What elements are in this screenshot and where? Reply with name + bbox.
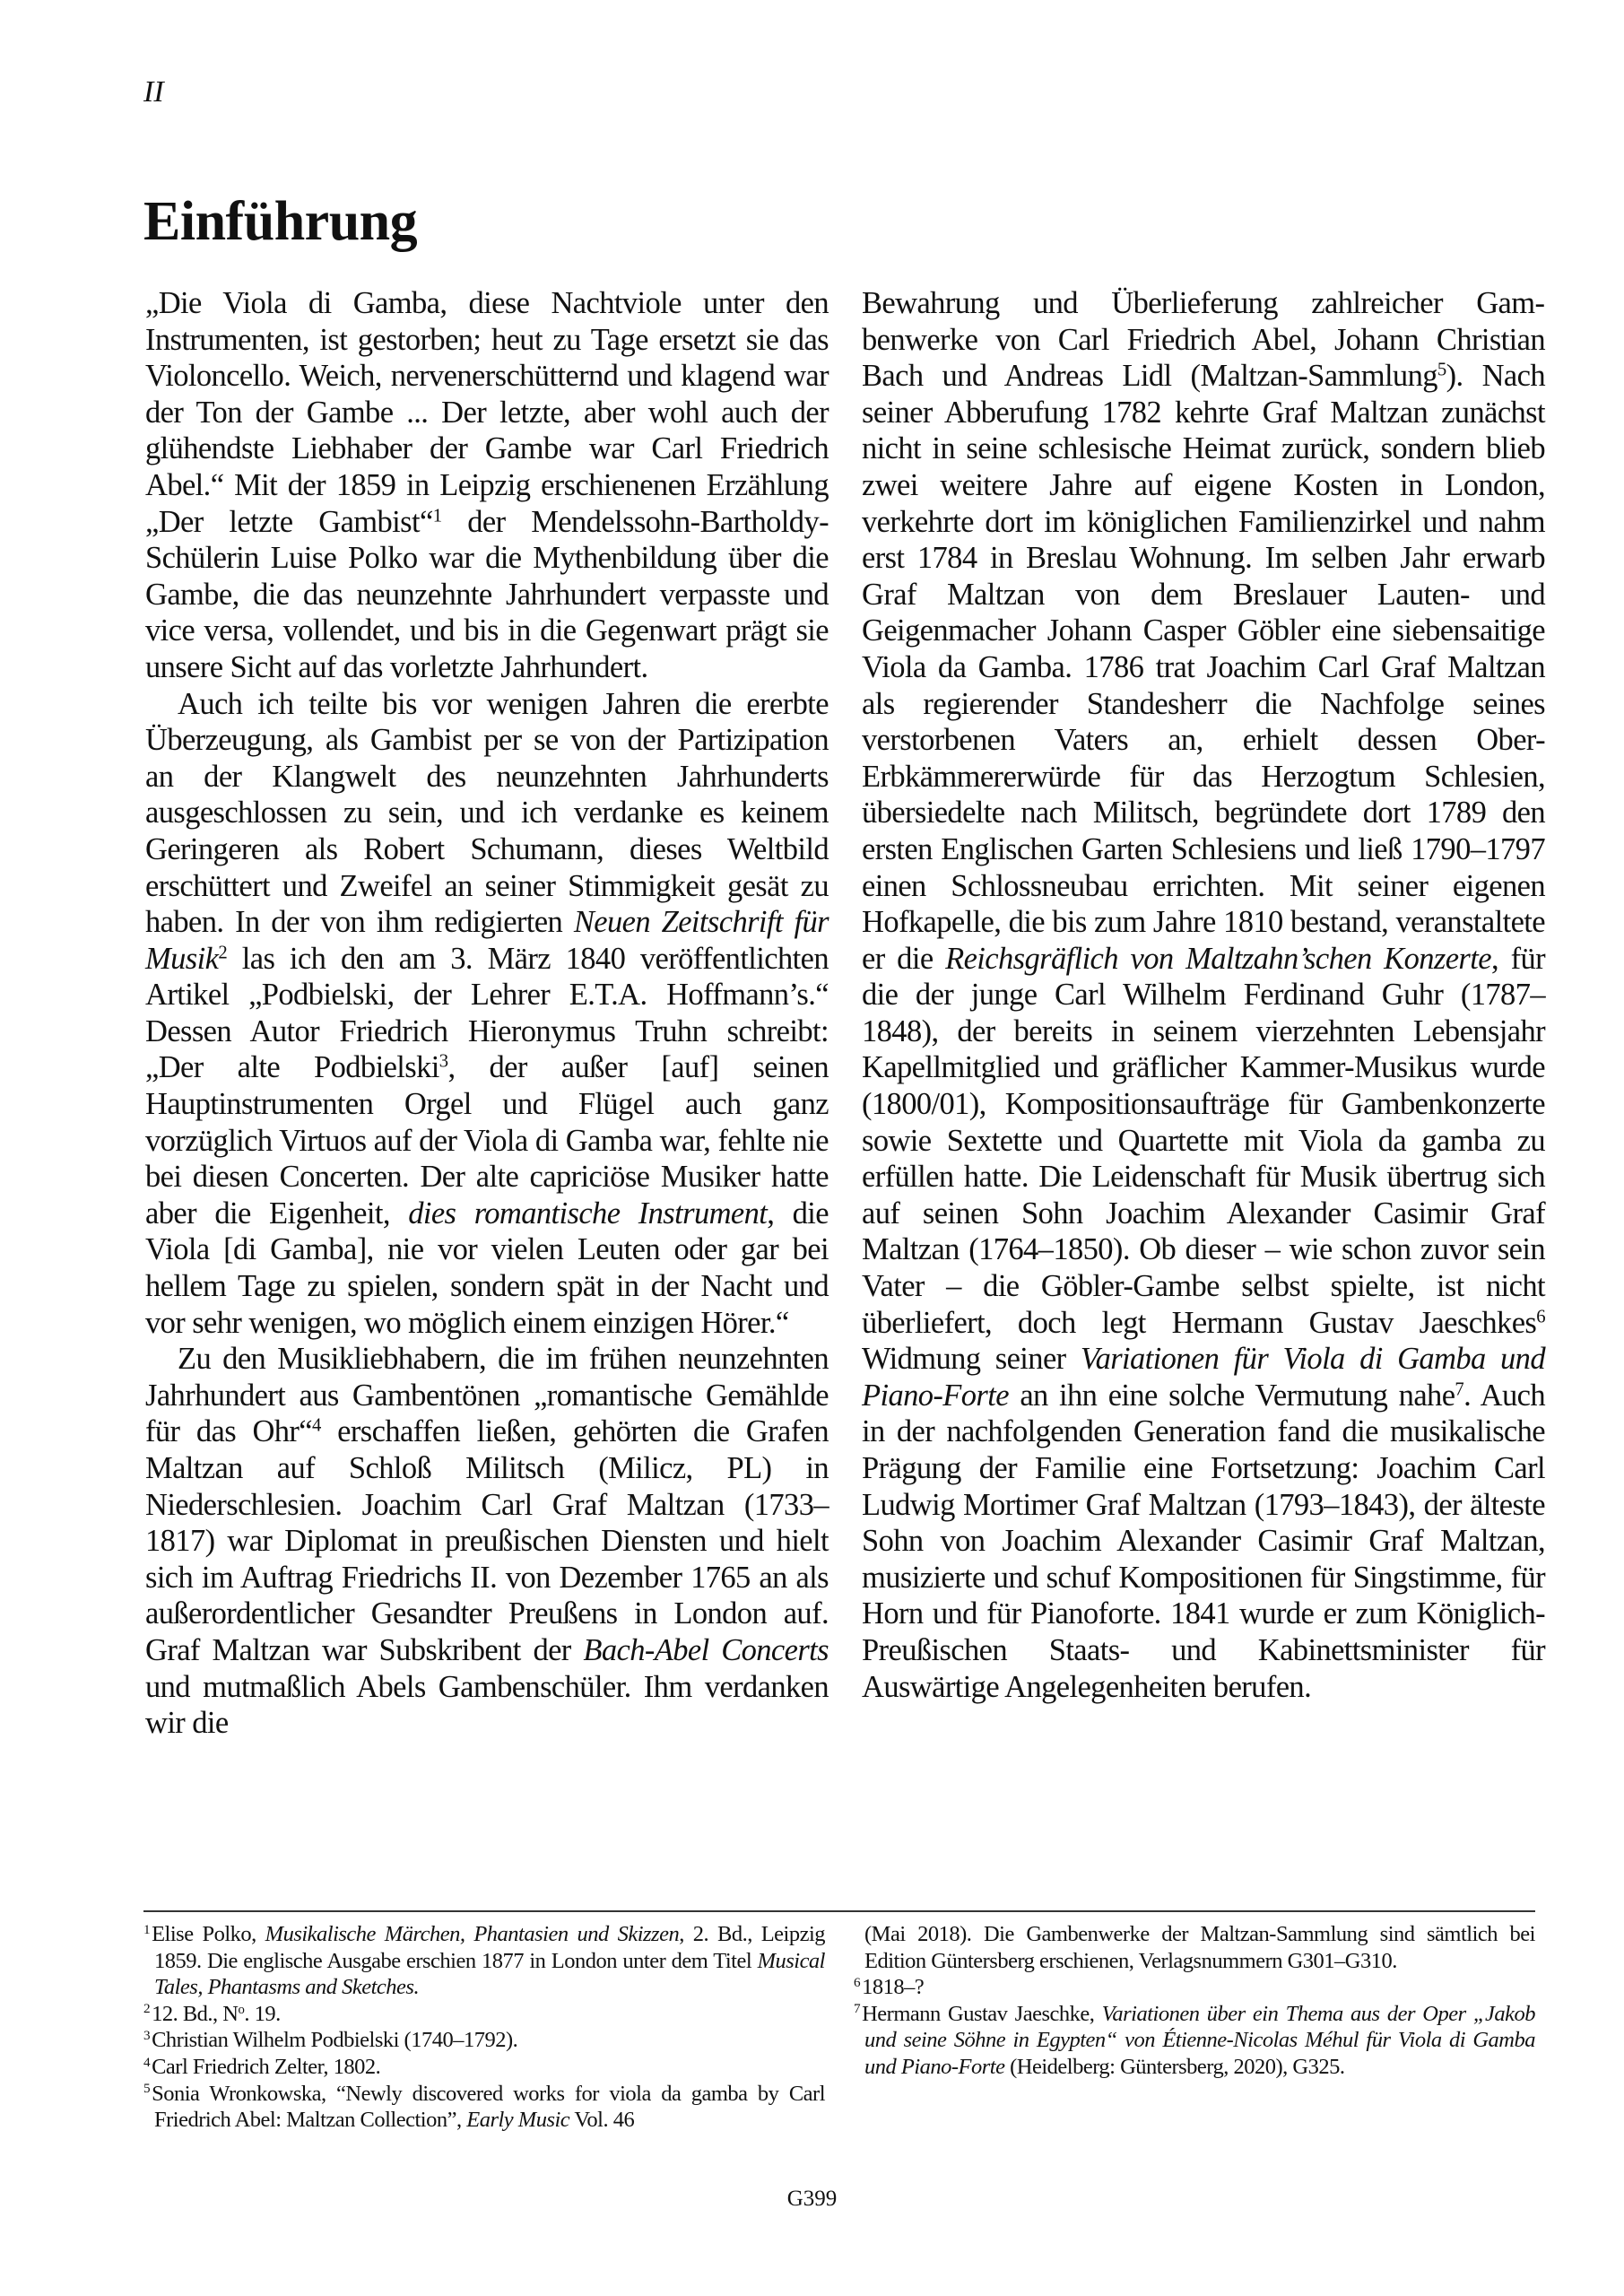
footnote-reference: 6 [1536,1307,1545,1326]
footnote-reference: 5 [1437,361,1446,380]
text-run: Elise Polko, [152,1922,265,1946]
text-run: Christian Wilhelm Podbielski (1740–1792)… [152,2028,517,2052]
footnote: 1Elise Polko, Musikalische Märchen, Phan… [143,1921,825,2001]
text-run: Hermann Gustav Jaeschke, [862,2002,1102,2026]
paragraph: Zu den Musikliebhabern, die im frühen ne… [145,1341,829,1742]
footnote: (Mai 2018). Die Gambenwerke der Maltzan-… [854,1921,1535,1974]
footnote-number: 4 [143,2055,150,2070]
italic-text: Early Music [466,2108,569,2132]
footnotes-right: (Mai 2018). Die Gambenwerke der Maltzan-… [854,1921,1535,2081]
italic-text: Musikalische Märchen, Phantasien und Ski… [265,1922,680,1946]
footnote: 61818–? [854,1974,1535,2001]
text-run: „Die Viola di Gamba, diese Nachtviole un… [145,286,829,539]
text-run: . 19. [244,2002,280,2026]
page-number-roman: II [143,75,164,109]
paragraph: „Die Viola di Gamba, diese Nachtviole un… [145,285,829,686]
page-title: Einführung [143,190,417,254]
footnotes-left: 1Elise Polko, Musikalische Märchen, Phan… [143,1921,825,2134]
text-run: (Heidelberg: Günters­berg, 2020), G325. [1005,2055,1345,2079]
footnote-number: 7 [854,2001,860,2016]
text-run: 1818–? [862,1975,924,1999]
body-column-left: „Die Viola di Gamba, diese Nachtviole un… [145,285,829,1742]
text-run: 12. Bd., N [152,2002,238,2026]
footnote: 4Carl Friedrich Zelter, 1802. [143,2054,825,2081]
footnote-number: 6 [854,1975,860,1990]
body-column-right: Bewahrung und Überlieferung zahlreicher … [862,285,1545,1705]
text-run: und mutmaß­lich Abels Gambenschüler. Ihm… [145,1670,829,1741]
text-run: Vol. 46 [569,2108,634,2132]
footnote-reference: 4 [312,1416,321,1436]
text-run: erschaffen ließen, ge­hörten die Grafen … [145,1414,829,1667]
italic-text: dies romantische Instrument [408,1196,767,1231]
footnote-reference: 2 [218,943,227,962]
text-run: . Auch in der nachfol­genden Generation … [862,1378,1545,1704]
text-run: ). Nach seiner Abberufung 1782 kehrte Gr… [862,359,1545,976]
text-run: Carl Friedrich Zelter, 1802. [152,2055,380,2079]
text-run: Auch ich teilte bis vor wenigen Jahren d… [145,687,829,940]
footnote-number: 2 [143,2001,150,2016]
footnote: 3Christian Wilhelm Podbielski (1740–1792… [143,2027,825,2054]
footnote-reference: 7 [1455,1379,1463,1399]
footnote-number: 5 [143,2081,150,2096]
footnote-separator [143,1910,1535,1912]
text-run: an ihn eine solche Vermutung nahe [1009,1378,1455,1413]
footnote: 7Hermann Gustav Jaeschke, Variationen üb… [854,2001,1535,2081]
text-run: , für die der junge Carl Wilhelm Ferdina… [862,942,1545,1340]
footnote-reference: 1 [433,506,442,526]
footnote-number: 3 [143,2028,150,2043]
italic-text: Reichsgräflich von Maltzahn’schen Konzer… [945,942,1491,976]
paragraph: Bewahrung und Überlieferung zahlreicher … [862,285,1545,1705]
footnote: 212. Bd., No. 19. [143,2001,825,2028]
text-run: Widmung seiner [862,1342,1081,1376]
text-run: (Mai 2018). Die Gambenwerke der Maltzan-… [864,1922,1535,1973]
footnote: 5Sonia Wronkowska, “Newly discovered wor… [143,2081,825,2134]
page-number: G399 [0,2187,1624,2212]
paragraph: Auch ich teilte bis vor wenigen Jahren d… [145,686,829,1342]
footnote-number: 1 [143,1922,150,1937]
italic-text: Bach-Abel Concerts [583,1633,829,1667]
